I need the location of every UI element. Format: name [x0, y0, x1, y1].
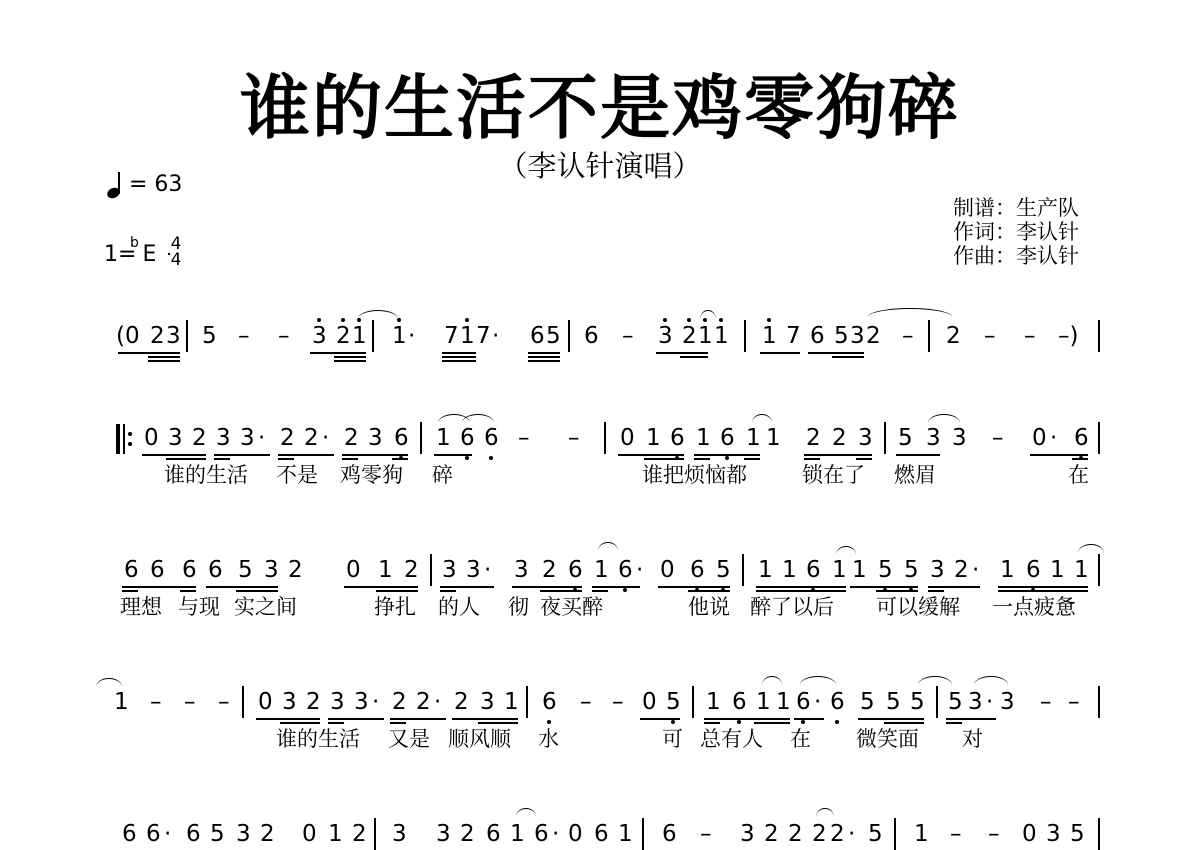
note: 6	[806, 556, 821, 584]
note: 5	[202, 322, 217, 350]
note: 3	[236, 820, 251, 848]
note: 1	[706, 688, 721, 716]
dotted-note-mark: ·	[164, 820, 171, 848]
beam-underline	[704, 722, 720, 724]
note: 5	[868, 820, 883, 848]
tie-slur	[598, 542, 618, 551]
note: 2	[454, 688, 469, 716]
note: 2	[352, 820, 367, 848]
note: 2	[306, 688, 321, 716]
note: 3	[930, 556, 945, 584]
beam-underline	[142, 454, 206, 456]
note: 6	[122, 820, 137, 848]
note: 1	[758, 556, 773, 584]
note: 2	[336, 322, 351, 350]
note: 5	[666, 688, 681, 716]
note: 6	[1026, 556, 1041, 584]
note: 2	[682, 322, 697, 350]
lyric-text: 又是	[388, 726, 430, 752]
beam-underline	[946, 718, 996, 720]
beam-underline	[440, 590, 456, 592]
note: 6	[208, 556, 223, 584]
note: 1	[114, 688, 129, 716]
note: 2	[304, 424, 319, 452]
note: 0	[1032, 424, 1047, 452]
lyric-text: 与现	[178, 594, 220, 620]
credit-lyrics: 作词：李认针	[953, 220, 1079, 244]
tie-slur	[752, 414, 772, 423]
note: 5	[898, 424, 913, 452]
lyric-text: 水	[538, 726, 559, 752]
note: 2	[404, 556, 419, 584]
sustain-dash: –	[1068, 688, 1080, 716]
sustain-dash: –	[1024, 322, 1036, 350]
note: 6	[394, 424, 409, 452]
note: 7	[786, 322, 801, 350]
note: 0	[258, 688, 273, 716]
dotted-note-mark: ·	[258, 424, 265, 452]
barline	[1098, 686, 1100, 718]
note: 7	[476, 322, 491, 350]
dotted-note-mark: ·	[1050, 424, 1057, 452]
note: 3	[166, 322, 181, 350]
note: 2	[150, 322, 165, 350]
note: 6	[530, 322, 545, 350]
beam-underline	[760, 352, 800, 354]
tie-slur	[868, 308, 952, 317]
lyric-text: 微笑面	[856, 726, 919, 752]
barline	[1098, 320, 1100, 352]
flat-icon: b	[130, 228, 139, 258]
lyric-text: 在	[1068, 462, 1089, 488]
note: 2	[192, 424, 207, 452]
beam-underline	[744, 458, 760, 460]
note: 5	[210, 820, 225, 848]
sustain-dash: –	[518, 424, 530, 452]
beam-underline	[618, 454, 684, 456]
tie-slur	[516, 808, 536, 817]
note: 2	[946, 322, 961, 350]
note: 3	[858, 424, 873, 452]
note: 0	[620, 424, 635, 452]
beam-underline	[694, 454, 760, 456]
beam-underline	[342, 458, 358, 460]
dotted-note-mark: ·	[484, 556, 491, 584]
beam-underline	[118, 352, 180, 354]
note: 2	[460, 820, 475, 848]
time-signature: 4 4	[168, 236, 184, 268]
lyric-text: 鸡零狗	[340, 462, 403, 488]
lyric-text: 燃眉	[894, 462, 936, 488]
beam-underline	[442, 360, 476, 362]
note: 1	[776, 688, 791, 716]
note: 6	[568, 556, 583, 584]
beam-underline	[644, 458, 684, 460]
note: 1	[756, 688, 771, 716]
lyric-text: 醉了以后	[750, 594, 834, 620]
note: 1	[746, 424, 761, 452]
beam-underline	[148, 356, 180, 358]
sustain-dash: –	[278, 322, 290, 350]
credit-music: 作曲：李认针	[953, 244, 1079, 268]
note: 1	[504, 688, 519, 716]
beam-underline	[442, 352, 476, 354]
note: 6	[150, 556, 165, 584]
barline	[526, 686, 528, 718]
lyric-text: 顺风顺	[448, 726, 511, 752]
dotted-note-mark: ·	[636, 556, 643, 584]
beam-underline	[896, 454, 940, 456]
sustain-dash: –	[950, 820, 962, 848]
lyric-text: 理想	[120, 594, 162, 620]
barline	[1098, 422, 1100, 454]
note: 2	[806, 424, 821, 452]
note: 2	[866, 322, 881, 350]
beam-underline	[998, 590, 1088, 592]
sustain-dash: –	[150, 688, 162, 716]
beam-underline	[528, 360, 560, 362]
note: –)	[1058, 322, 1078, 350]
barline	[744, 320, 746, 352]
note: 2	[830, 820, 845, 848]
beam-underline	[148, 360, 180, 362]
beam-underline	[804, 458, 820, 460]
tie-slur	[974, 676, 1008, 685]
sustain-dash: –	[238, 322, 250, 350]
barline	[1098, 554, 1100, 586]
note: 3	[442, 556, 457, 584]
beam-underline	[680, 356, 708, 358]
beam-underline	[876, 590, 918, 592]
beam-underline	[794, 718, 824, 720]
beam-underline	[206, 586, 278, 588]
note: 3	[850, 322, 865, 350]
note: 3	[1000, 688, 1015, 716]
dotted-note-mark: ·	[972, 556, 979, 584]
sustain-dash: –	[1040, 688, 1052, 716]
barline	[242, 686, 244, 718]
dotted-note-mark: ·	[372, 688, 379, 716]
note: 1	[782, 556, 797, 584]
tempo-marking: = 63	[106, 170, 182, 200]
note: 7	[444, 322, 459, 350]
note: 1	[696, 424, 711, 452]
credit-notation: 制谱：生产队	[953, 196, 1079, 220]
note: 2	[954, 556, 969, 584]
note: 3	[658, 322, 673, 350]
note: 2	[280, 424, 295, 452]
note: 3	[466, 556, 481, 584]
note: 1	[766, 424, 781, 452]
note: 0	[346, 556, 361, 584]
lyric-text: 谁的生活	[164, 462, 248, 488]
note: 3	[514, 556, 529, 584]
sustain-dash: –	[580, 688, 592, 716]
beam-underline	[756, 586, 846, 588]
note: 3	[354, 688, 369, 716]
beam-underline	[328, 722, 344, 724]
note: (0	[116, 322, 140, 350]
note: 2	[542, 556, 557, 584]
note: 6	[486, 820, 501, 848]
note: 6	[810, 322, 825, 350]
beam-underline	[180, 590, 196, 592]
note: 3	[480, 688, 495, 716]
sustain-dash: –	[984, 322, 996, 350]
note: 5	[238, 556, 253, 584]
tie-slur	[700, 310, 716, 319]
beam-underline	[1072, 458, 1088, 460]
lyric-text: 谁的生活	[276, 726, 360, 752]
sustain-dash: –	[700, 820, 712, 848]
note: 3	[240, 424, 255, 452]
note: 2	[392, 688, 407, 716]
beam-underline	[342, 454, 408, 456]
lyric-text: 彻	[508, 594, 529, 620]
beam-underline	[236, 590, 278, 592]
note: 1	[698, 322, 713, 350]
tie-slur	[462, 414, 494, 423]
note: 1	[460, 322, 475, 350]
note: 1	[1000, 556, 1015, 584]
beam-underline	[704, 718, 790, 720]
note: 5	[860, 688, 875, 716]
note: 6	[124, 556, 139, 584]
note: 5	[1070, 820, 1085, 848]
lyric-text: 对	[962, 726, 983, 752]
lyric-text: 可	[662, 726, 683, 752]
barline	[568, 320, 570, 352]
beam-underline	[998, 586, 1088, 588]
beam-underline	[850, 586, 918, 588]
beam-underline	[592, 586, 640, 588]
note: 6	[618, 556, 633, 584]
tie-slur	[1078, 544, 1104, 553]
beam-underline	[344, 586, 418, 588]
note: 1	[618, 820, 633, 848]
tie-slur	[96, 678, 122, 687]
lyric-text: 在	[790, 726, 811, 752]
tie-slur	[836, 546, 856, 555]
sustain-dash: –	[622, 322, 634, 350]
beam-underline	[756, 590, 846, 592]
note: 1	[1074, 556, 1089, 584]
beam-underline	[392, 458, 408, 460]
lyric-text: 锁在了	[802, 462, 865, 488]
note: 1	[510, 820, 525, 848]
note: 3	[392, 820, 407, 848]
beam-underline	[310, 352, 366, 354]
tie-slur	[358, 310, 398, 319]
note: 5	[546, 322, 561, 350]
note: 0	[1022, 820, 1037, 848]
sustain-dash: –	[568, 424, 580, 452]
key-letter: E	[142, 242, 156, 267]
note: 6	[542, 688, 557, 716]
beam-underline	[856, 458, 872, 460]
beam-underline	[376, 590, 418, 592]
note: 5	[834, 322, 849, 350]
barline	[186, 320, 188, 352]
note: 0	[144, 424, 159, 452]
song-title: 谁的生活不是鸡零狗碎	[0, 68, 1200, 148]
beam-underline	[278, 454, 334, 456]
note: 1	[392, 322, 407, 350]
note: 0	[642, 688, 657, 716]
note: 6	[732, 688, 747, 716]
beam-underline	[214, 454, 270, 456]
tempo-value: = 63	[129, 172, 182, 197]
tie-slur	[816, 808, 834, 817]
beam-underline	[808, 352, 864, 354]
lyric-text: 不是	[276, 462, 318, 488]
beam-underline	[592, 590, 608, 592]
lyric-text: 碎	[432, 462, 453, 488]
note: 5	[910, 688, 925, 716]
note: 6	[460, 424, 475, 452]
note: 2	[260, 820, 275, 848]
beam-underline	[528, 352, 560, 354]
note: 1	[852, 556, 867, 584]
beam-underline	[1030, 454, 1088, 456]
tie-slur	[762, 676, 782, 685]
beam-underline	[442, 356, 476, 358]
beam-underline	[278, 458, 294, 460]
barline	[374, 818, 376, 850]
barline	[936, 686, 938, 718]
lyric-text: 挣扎	[374, 594, 416, 620]
beam-underline	[166, 458, 206, 460]
barline	[372, 320, 374, 352]
beam-underline	[928, 590, 944, 592]
note: 6	[690, 556, 705, 584]
sustain-dash: –	[992, 424, 1004, 452]
note: 2	[764, 820, 779, 848]
credits: 制谱：生产队 作词：李认针 作曲：李认针	[953, 196, 1079, 268]
beam-underline	[688, 590, 730, 592]
beam-underline	[754, 722, 790, 724]
note: 1	[914, 820, 929, 848]
note: 1	[378, 556, 393, 584]
note: 2	[288, 556, 303, 584]
beam-underline	[214, 458, 230, 460]
note: 6	[584, 322, 599, 350]
beam-underline	[280, 722, 320, 724]
note: 1	[832, 556, 847, 584]
note: 3	[368, 424, 383, 452]
sustain-dash: –	[218, 688, 230, 716]
dotted-note-mark: ·	[848, 820, 855, 848]
sustain-dash: –	[988, 820, 1000, 848]
lyric-text: 可以缓解	[876, 594, 960, 620]
beam-underline	[540, 590, 582, 592]
beam-underline	[512, 586, 582, 588]
beam-underline	[452, 718, 518, 720]
note: 6	[796, 688, 811, 716]
note: 1	[714, 322, 729, 350]
note: 6	[670, 424, 685, 452]
lyric-text: 夜买醉	[540, 594, 603, 620]
note: 6	[662, 820, 677, 848]
note: 3	[926, 424, 941, 452]
barline	[894, 818, 896, 850]
note: 2	[344, 424, 359, 452]
note: 3	[264, 556, 279, 584]
lyric-text: 实之间	[234, 594, 297, 620]
note: 6	[484, 424, 499, 452]
beam-underline	[656, 352, 708, 354]
dotted-note-mark: ·	[408, 322, 415, 350]
note: 2	[812, 820, 827, 848]
barline	[1098, 818, 1100, 850]
barline	[420, 422, 422, 454]
note: 0	[568, 820, 583, 848]
note: 5	[904, 556, 919, 584]
barline	[742, 554, 744, 586]
note: 1	[762, 322, 777, 350]
note: 1	[328, 820, 343, 848]
beam-underline	[478, 722, 518, 724]
lyric-text: 他说	[688, 594, 730, 620]
beam-underline	[334, 360, 366, 362]
beam-underline	[122, 590, 138, 592]
dotted-note-mark: ·	[322, 424, 329, 452]
beam-underline	[658, 586, 730, 588]
note: 1	[646, 424, 661, 452]
tie-slur	[918, 676, 952, 685]
note: 3	[952, 424, 967, 452]
beam-underline	[884, 722, 924, 724]
dotted-note-mark: ·	[492, 322, 499, 350]
note: 2	[416, 688, 431, 716]
note: 6	[186, 820, 201, 848]
note: 2	[832, 424, 847, 452]
beam-underline	[832, 356, 864, 358]
note: 3	[740, 820, 755, 848]
key-signature: 1=bE 4 4	[104, 240, 156, 270]
beam-underline	[256, 718, 320, 720]
note: 6	[182, 556, 197, 584]
beam-underline	[390, 722, 406, 724]
note: 1	[436, 424, 451, 452]
dotted-note-mark: ·	[814, 688, 821, 716]
barline	[692, 686, 694, 718]
dotted-note-mark: ·	[434, 688, 441, 716]
note: 3	[282, 688, 297, 716]
note: 6	[146, 820, 161, 848]
lyric-text: 的人	[438, 594, 480, 620]
beam-underline	[928, 586, 980, 588]
note: 1	[1050, 556, 1065, 584]
note: 6	[1074, 424, 1089, 452]
note: 1	[594, 556, 609, 584]
barline	[642, 818, 644, 850]
beam-underline	[694, 458, 710, 460]
barline	[884, 422, 886, 454]
note: 3	[216, 424, 231, 452]
sustain-dash: –	[612, 688, 624, 716]
note: 3	[168, 424, 183, 452]
note: 3	[968, 688, 983, 716]
note: 3	[330, 688, 345, 716]
note: 0	[660, 556, 675, 584]
note: 5	[948, 688, 963, 716]
lyric-text: 一点疲惫	[992, 594, 1076, 620]
beam-underline	[334, 356, 366, 358]
beam-underline	[434, 454, 472, 456]
beam-underline	[528, 356, 560, 358]
note: 6	[534, 820, 549, 848]
